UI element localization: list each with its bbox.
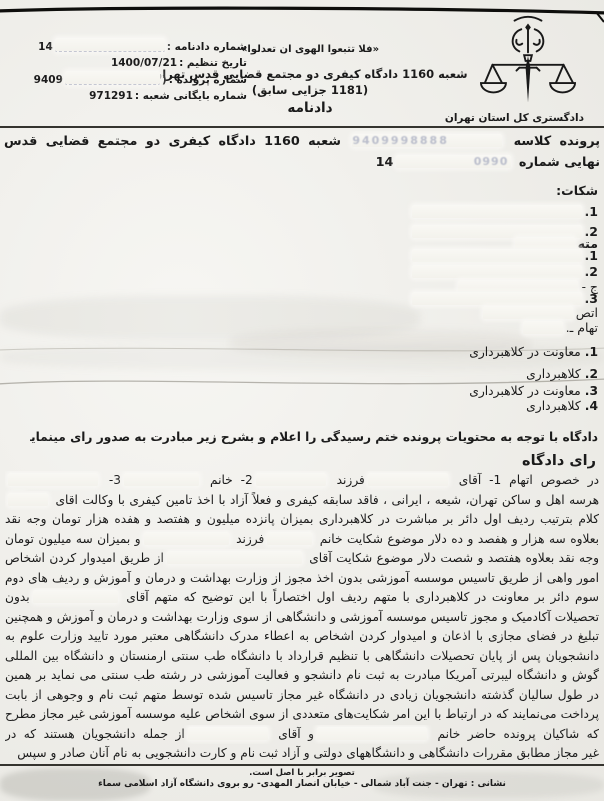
redacted-line-fragment: اتص xyxy=(480,306,598,320)
redaction-mark xyxy=(267,532,312,545)
verdict-body-line: تحصیلات آکادمیک و مجوز تاسیس موسسه آموزش… xyxy=(5,608,599,628)
branch-archive-number-field: شماره بایگانی شعبه :971291 xyxy=(8,88,248,104)
body-text-segment: در طول سالیان گذشته دانشجویان زیادی در د… xyxy=(5,688,599,706)
final-decision-number-line: نهایی شماره 140990 xyxy=(4,152,600,173)
verdict-number-field: شماره دادنامه :14 xyxy=(8,38,248,55)
body-text-segment: امور واهی از طریق تاسیس موسسه آموزشی بدو… xyxy=(5,571,599,589)
header-divider xyxy=(0,126,604,128)
redaction-mark xyxy=(412,205,582,218)
verdict-body-line: بعلاوه سه هزار و هفصد و ده دلار موضوع شک… xyxy=(5,530,599,550)
redaction-mark xyxy=(167,551,302,564)
redaction-mark xyxy=(124,473,199,486)
complainants-label: شکات: xyxy=(556,184,598,198)
document-metadata: شماره دادنامه :14تاریخ تنظیم :1400/07/21… xyxy=(8,38,248,104)
scanned-court-verdict-document: دادگستری کل استان تهران «فلا تتبعوا الهو… xyxy=(0,0,604,801)
party-text: 2. xyxy=(585,264,598,279)
charge-number: 1. xyxy=(585,345,598,359)
case-class-block: پرونده کلاسه 9409998888 شعبه 1160 دادگاه… xyxy=(4,131,600,173)
body-text-segment: هرسه اهل و ساکن تهران، شیعه ، ایرانی ، ف… xyxy=(55,493,599,507)
verdict-body: در خصوص اتهام 1- آقای فرزند 2- خانم 3- ف… xyxy=(5,471,599,764)
redaction-mark xyxy=(412,265,582,278)
verdict-number-field-label: شماره دادنامه : xyxy=(167,41,247,53)
party-text: 1. xyxy=(585,248,598,263)
redaction-mark xyxy=(412,249,582,262)
verdict-body-line: پرداخت می‌نمایند که در ارتباط با این امر… xyxy=(5,705,599,725)
court-closing-statement: دادگاه با توجه به محتویات پرونده ختم رسی… xyxy=(30,430,598,444)
redaction-mark xyxy=(55,38,165,52)
redaction-mark xyxy=(144,532,229,545)
body-text-segment: پرداخت می‌نمایند که در ارتباط با این امر… xyxy=(5,707,599,721)
redaction-ghost-digits: 0990 xyxy=(396,155,511,168)
redaction-mark xyxy=(65,71,160,85)
case-number-field-value: 9409 xyxy=(34,74,63,86)
final-decision-label: نهایی شماره xyxy=(519,155,600,170)
redaction-mark xyxy=(33,590,118,603)
charge-text: معاونت در کلاهبرداری xyxy=(469,345,581,359)
case-class-suffix: شعبه 1160 دادگاه کیفری دو مجتمع قضایی قد… xyxy=(4,134,600,152)
verdict-body-line: در طول سالیان گذشته دانشجویان زیادی در د… xyxy=(5,686,599,706)
justice-scales-icon xyxy=(478,12,578,108)
body-text-segment: کلام بترتیب ردیف اول دائر بر مباشرت در ک… xyxy=(5,512,599,526)
defendant-item: 1. xyxy=(409,249,598,263)
body-text-segment: که شاکیان پرونده حاضر خانم xyxy=(438,727,600,741)
verdict-body-line: امور واهی از طریق تاسیس موسسه آموزشی بدو… xyxy=(5,569,599,589)
body-text-segment: بعلاوه سه هزار و هفصد و ده دلار موضوع شک… xyxy=(320,532,599,546)
charge-text: معاونت در کلاهبرداری xyxy=(469,384,581,398)
verdict-body-line: غیر مجاز مطابق مقررات دانشگاهی و دانشگاه… xyxy=(5,744,599,764)
redaction-mark xyxy=(412,292,582,305)
charge-list-item: 4.کلاهبرداری xyxy=(526,399,598,413)
body-text-segment: و بمیزان سه میلیون تومان xyxy=(5,532,141,546)
court-address: نشانی : تهران - جنت آباد شمالی - خیابان … xyxy=(0,779,604,789)
case-class-prefix: پرونده کلاسه xyxy=(514,134,600,149)
party-text: 1. xyxy=(585,204,598,219)
case-class-line: پرونده کلاسه 9409998888 شعبه 1160 دادگاه… xyxy=(4,131,600,152)
certification-note: تصویر برابر با اصل است. xyxy=(0,768,604,778)
redaction-mark xyxy=(256,473,326,486)
party-text: تهام ـ. xyxy=(566,320,598,335)
defendant-item: 3. xyxy=(409,292,598,306)
body-text-segment: 3- xyxy=(109,473,121,487)
verdict-heading: رای دادگاه xyxy=(522,453,596,469)
redaction-ghost-digits: 9409998888 xyxy=(352,134,502,147)
case-number-field-label: شماره پرونده : xyxy=(169,74,247,86)
verdict-body-line: کلام بترتیب ردیف اول دائر بر مباشرت در ک… xyxy=(5,510,599,530)
verdict-body-line: که شاکیان پرونده حاضر خانم و آقای از جمل… xyxy=(5,725,599,745)
branch-archive-number-field-label: شماره بایگانی شعبه : xyxy=(135,90,247,102)
redaction-mark xyxy=(8,493,48,506)
party-text: اتص xyxy=(576,305,598,320)
charge-list-item: 3.معاونت در کلاهبرداری xyxy=(469,384,598,398)
body-text-segment: تبلیغ در فضای مجازی با اذعان و امیدوار ک… xyxy=(5,629,599,643)
verdict-number-field-value: 14 xyxy=(38,41,53,53)
defendant-item: 2. xyxy=(409,265,598,279)
redaction-mark xyxy=(188,727,268,740)
charge-text: کلاهبرداری xyxy=(526,399,581,413)
judiciary-emblem: دادگستری کل استان تهران xyxy=(472,12,584,124)
case-number-field: شماره پرونده :(9409 xyxy=(8,71,248,88)
issue-date-field: تاریخ تنظیم :1400/07/21 xyxy=(8,55,248,71)
verdict-body-line: در خصوص اتهام 1- آقای فرزند 2- خانم 3- ف… xyxy=(5,471,599,491)
charge-text: کلاهبرداری xyxy=(526,367,581,381)
body-text-segment: دانشجویان پس از پایان تحصیلات دانشگاهی ب… xyxy=(5,649,599,667)
verdict-body-line: هرسه اهل و ساکن تهران، شیعه ، ایرانی ، ف… xyxy=(5,491,599,511)
body-text-segment: فرزند xyxy=(337,473,365,487)
body-text-segment: وجه نقد بعلاوه هفتصد و شصت دلار موضوع شک… xyxy=(309,551,599,565)
scan-smudge xyxy=(0,296,420,340)
redaction-mark xyxy=(523,321,563,334)
redaction-mark xyxy=(483,306,573,319)
redaction-mark: 9409998888 xyxy=(352,134,502,147)
issue-date-field-label: تاریخ تنظیم : xyxy=(179,57,247,69)
body-text-segment: در خصوص اتهام 1- آقای xyxy=(459,473,599,487)
body-text-segment: سوم دائر بر معاونت در کلاهبرداری با متهم… xyxy=(126,590,599,604)
charge-list-item: 1.معاونت در کلاهبرداری xyxy=(469,345,598,359)
charge-list-item: 2.کلاهبرداری xyxy=(526,367,598,381)
body-text-segment: تحصیلات آکادمیک و مجوز تاسیس موسسه آموزش… xyxy=(5,610,599,624)
body-text-segment: گوش و دانشگاه لیبرتی آمریکا مبادرت به ثب… xyxy=(5,668,599,686)
verdict-body-line: سوم دائر بر معاونت در کلاهبرداری با متهم… xyxy=(5,588,599,608)
branch-archive-number-field-value: 971291 xyxy=(89,90,133,102)
verdict-body-line: وجه نقد بعلاوه هفتصد و شصت دلار موضوع شک… xyxy=(5,549,599,569)
charge-number: 3. xyxy=(585,384,598,398)
verdict-body-line: دانشجویان پس از پایان تحصیلات دانشگاهی ب… xyxy=(5,647,599,667)
body-text-segment: 2- خانم xyxy=(210,473,253,487)
issue-date-field-value: 1400/07/21 xyxy=(111,57,177,69)
verdict-body-line: تبلیغ در فضای مجازی با اذعان و امیدوار ک… xyxy=(5,627,599,647)
charge-number: 2. xyxy=(585,367,598,381)
redaction-mark: 0990 xyxy=(396,155,511,168)
footer-divider xyxy=(0,764,604,766)
complainant-item: 1. xyxy=(409,205,598,219)
redaction-mark xyxy=(317,727,427,740)
body-text-segment: فرزند xyxy=(236,532,264,546)
body-text-segment: و آقای xyxy=(278,727,314,741)
emblem-caption: دادگستری کل استان تهران xyxy=(472,112,584,124)
final-decision-number: 140990 xyxy=(376,152,515,173)
party-text: 3. xyxy=(585,291,598,306)
decision-number-start: 14 xyxy=(376,155,394,170)
verdict-body-line: گوش و دانشگاه لیبرتی آمریکا مبادرت به ثب… xyxy=(5,666,599,686)
party-text: شکات: xyxy=(556,183,598,198)
body-text-segment: غیر مجاز مطابق مقررات دانشگاهی و دانشگاه… xyxy=(17,746,599,760)
redaction-fragment: ( xyxy=(162,74,167,86)
redaction-mark xyxy=(8,473,98,486)
charge-number: 4. xyxy=(585,399,598,413)
redaction-mark xyxy=(368,473,448,486)
charges-label-fragment: تهام ـ. xyxy=(520,321,598,335)
